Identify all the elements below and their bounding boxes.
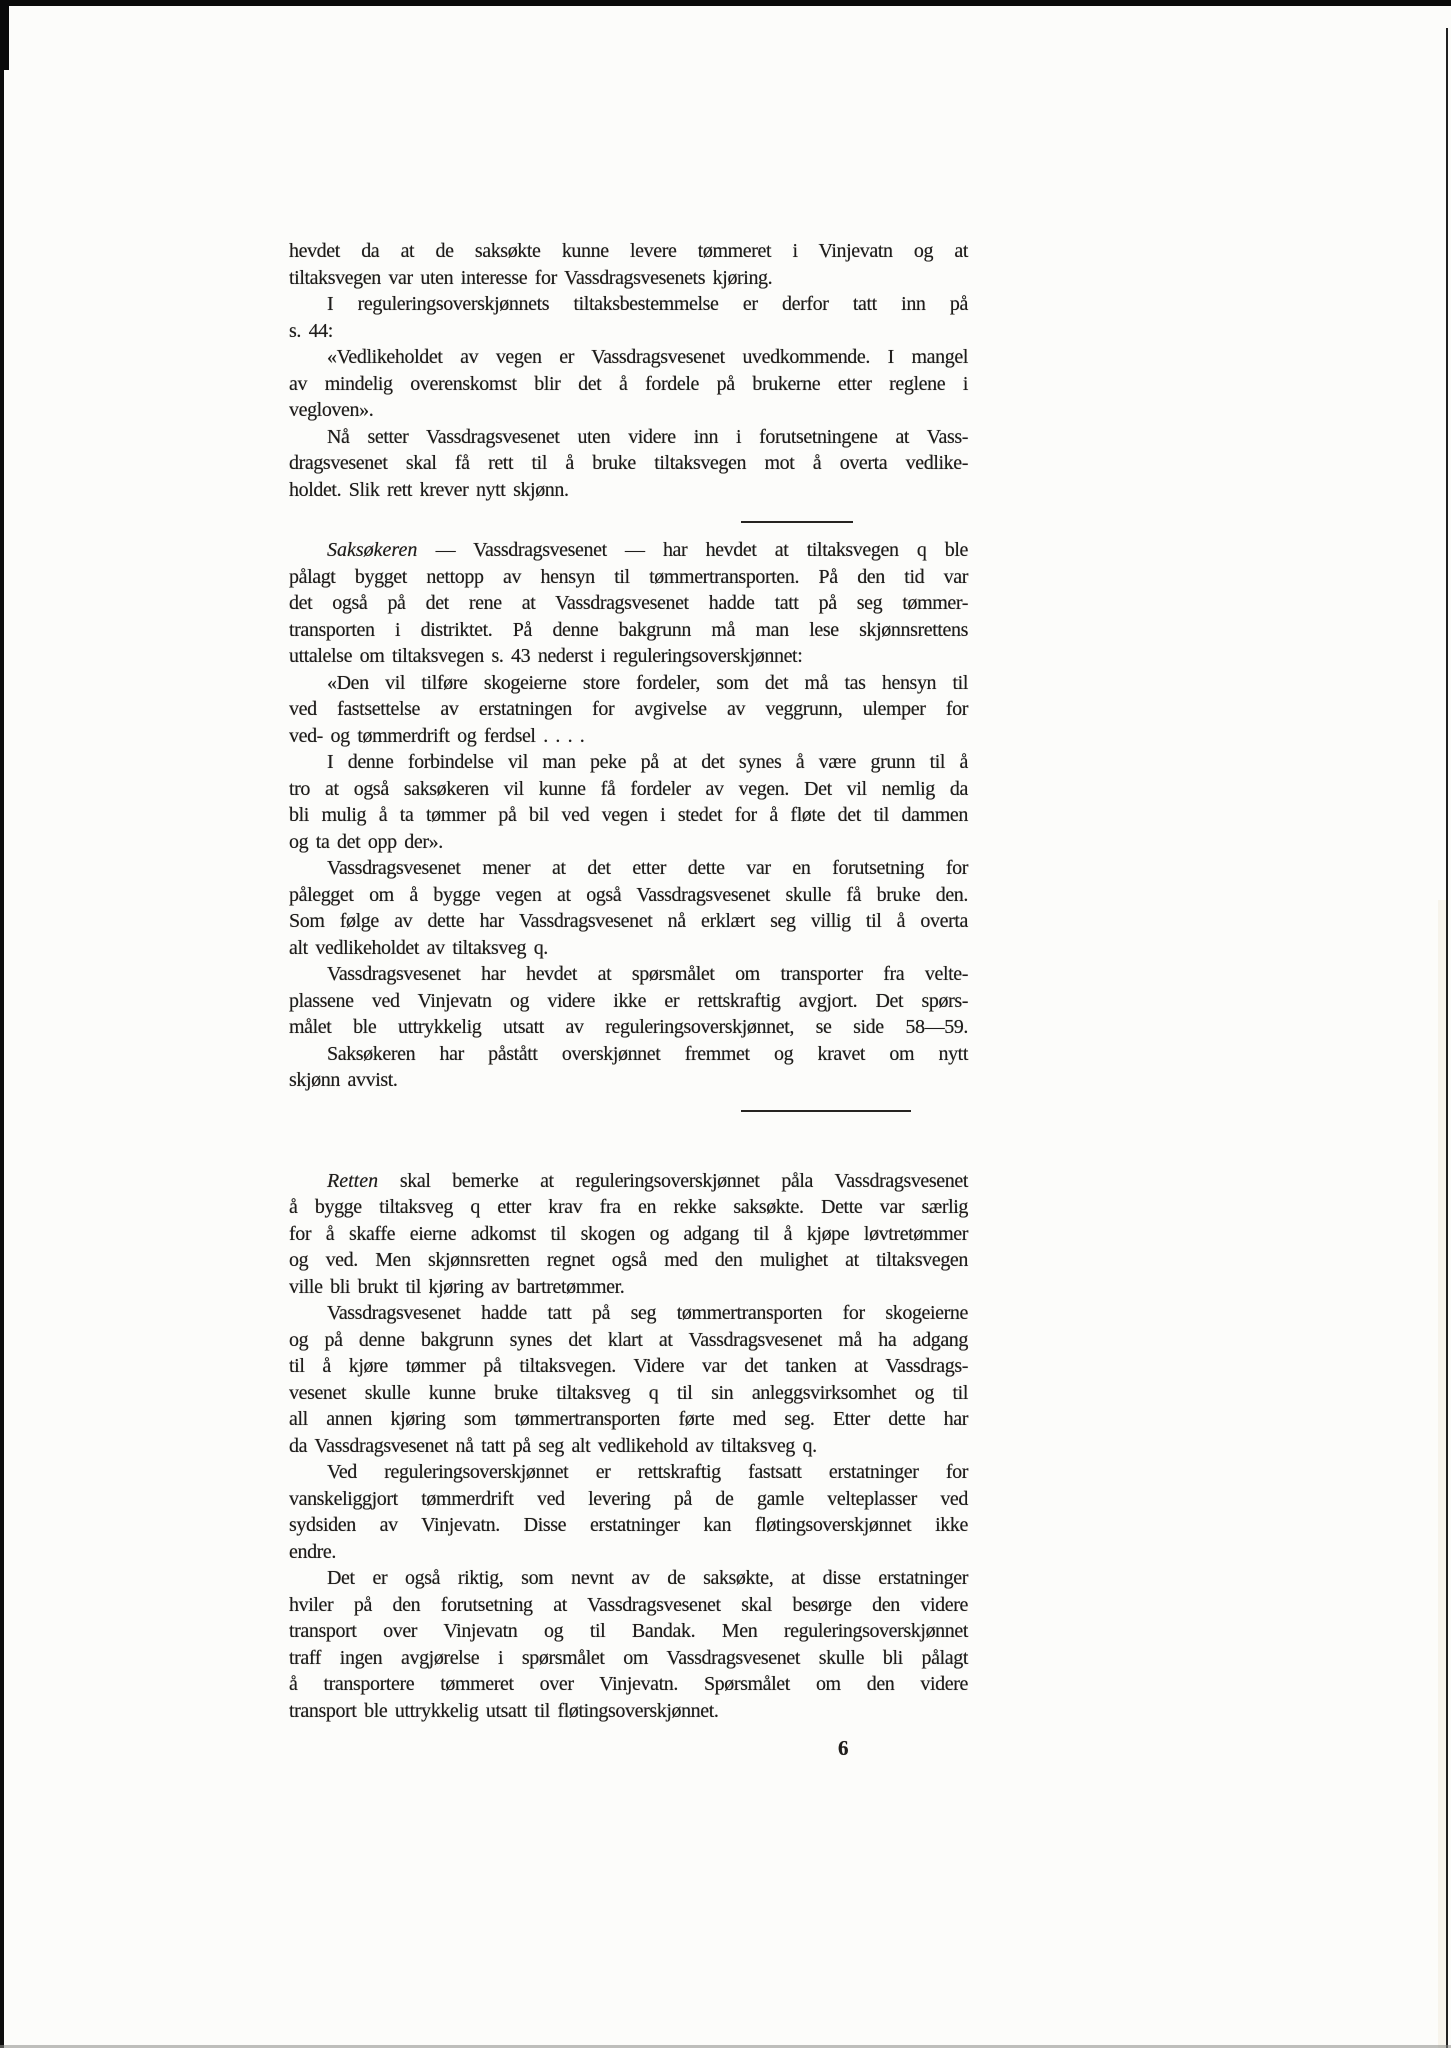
text-line: vesenet skulle kunne bruke tiltaksveg q … xyxy=(289,1380,968,1407)
text-line: transporten i distriktet. På denne bakgr… xyxy=(289,617,968,644)
text-line: skjønn avvist. xyxy=(289,1067,968,1094)
text-line: vanskeliggjort tømmerdrift ved levering … xyxy=(289,1486,968,1513)
text-line: å transportere tømmeret over Vinjevatn. … xyxy=(289,1671,968,1698)
section-divider xyxy=(741,1110,911,1112)
text-line: og ta det opp der». xyxy=(289,829,968,856)
text-line: til å kjøre tømmer på tiltaksvegen. Vide… xyxy=(289,1353,968,1380)
text-line: Ved reguleringsoverskjønnet er rettskraf… xyxy=(289,1459,968,1486)
text-line: ved- og tømmerdrift og ferdsel . . . . xyxy=(289,723,968,750)
text-line: Vassdragsvesenet mener at det etter dett… xyxy=(289,855,968,882)
text-line: og på denne bakgrunn synes det klart at … xyxy=(289,1327,968,1354)
scan-edge-left xyxy=(0,0,4,2048)
text-line: uttalelse om tiltaksvegen s. 43 nederst … xyxy=(289,643,968,670)
text-line: endre. xyxy=(289,1539,968,1566)
scan-edge-left-corner xyxy=(0,0,9,70)
text-line: da Vassdragsvesenet nå tatt på seg alt v… xyxy=(289,1433,968,1460)
text-line: ville bli brukt til kjøring av bartretøm… xyxy=(289,1274,968,1301)
text-line: pålegget om å bygge vegen at også Vassdr… xyxy=(289,882,968,909)
scanned-page: { "page": { "page_number": "6" }, "lines… xyxy=(0,0,1451,2048)
text-line: Saksøkeren har påstått overskjønnet frem… xyxy=(289,1041,968,1068)
scan-edge-right xyxy=(1446,28,1448,2048)
text-line: transport ble uttrykkelig utsatt til flø… xyxy=(289,1698,968,1725)
text-line: hevdet da at de saksøkte kunne levere tø… xyxy=(289,238,968,265)
text-line: all annen kjøring som tømmertransporten … xyxy=(289,1406,968,1433)
text-line: Det er også riktig, som nevnt av de saks… xyxy=(289,1565,968,1592)
text-line: og ved. Men skjønnsretten regnet også me… xyxy=(289,1247,968,1274)
text-line: s. 44: xyxy=(289,318,968,345)
text-line: å bygge tiltaksveg q etter krav fra en r… xyxy=(289,1194,968,1221)
text-line: pålagt bygget nettopp av hensyn til tømm… xyxy=(289,564,968,591)
scan-edge-top xyxy=(0,0,1451,6)
text-line: Saksøkeren — Vassdragsvesenet — har hevd… xyxy=(289,537,968,564)
text-line: sydsiden av Vinjevatn. Disse erstatninge… xyxy=(289,1512,968,1539)
text-line: Vassdragsvesenet hadde tatt på seg tømme… xyxy=(289,1300,968,1327)
page-number: 6 xyxy=(838,1736,849,1761)
text-line: bli mulig å ta tømmer på bil ved vegen i… xyxy=(289,802,968,829)
text-line: for å skaffe eierne adkomst til skogen o… xyxy=(289,1221,968,1248)
text-line: traff ingen avgjørelse i spørsmålet om V… xyxy=(289,1645,968,1672)
text-line: tiltaksvegen var uten interesse for Vass… xyxy=(289,265,968,292)
text-line: Vassdragsvesenet har hevdet at spørsmåle… xyxy=(289,961,968,988)
text-line: Som følge av dette har Vassdragsvesenet … xyxy=(289,908,968,935)
text-line: Nå setter Vassdragsvesenet uten videre i… xyxy=(289,424,968,451)
text-line: av mindelig overenskomst blir det å ford… xyxy=(289,371,968,398)
text-line: I reguleringsoverskjønnets tiltaksbestem… xyxy=(289,291,968,318)
text-line: dragsvesenet skal få rett til å bruke ti… xyxy=(289,450,968,477)
text-line: I denne forbindelse vil man peke på at d… xyxy=(289,749,968,776)
text-line: transport over Vinjevatn og til Bandak. … xyxy=(289,1618,968,1645)
text-line: hviler på den forutsetning at Vassdragsv… xyxy=(289,1592,968,1619)
text-line: det også på det rene at Vassdragsvesenet… xyxy=(289,590,968,617)
scan-edge-right-tint xyxy=(1438,900,1446,2048)
text-line: holdet. Slik rett krever nytt skjønn. xyxy=(289,477,968,504)
text-line: målet ble uttrykkelig utsatt av reguleri… xyxy=(289,1014,968,1041)
text-line: Retten skal bemerke at reguleringsoversk… xyxy=(289,1168,968,1195)
text-line: tro at også saksøkeren vil kunne få ford… xyxy=(289,776,968,803)
text-line: «Vedlikeholdet av vegen er Vassdragsvese… xyxy=(289,344,968,371)
text-column: hevdet da at de saksøkte kunne levere tø… xyxy=(289,238,968,1724)
text-line: plassene ved Vinjevatn og videre ikke er… xyxy=(289,988,968,1015)
text-line: ved fastsettelse av erstatningen for avg… xyxy=(289,696,968,723)
section-divider xyxy=(741,521,853,523)
text-line: vegloven». xyxy=(289,397,968,424)
text-line: alt vedlikeholdet av tiltaksveg q. xyxy=(289,935,968,962)
text-line: «Den vil tilføre skogeierne store fordel… xyxy=(289,670,968,697)
